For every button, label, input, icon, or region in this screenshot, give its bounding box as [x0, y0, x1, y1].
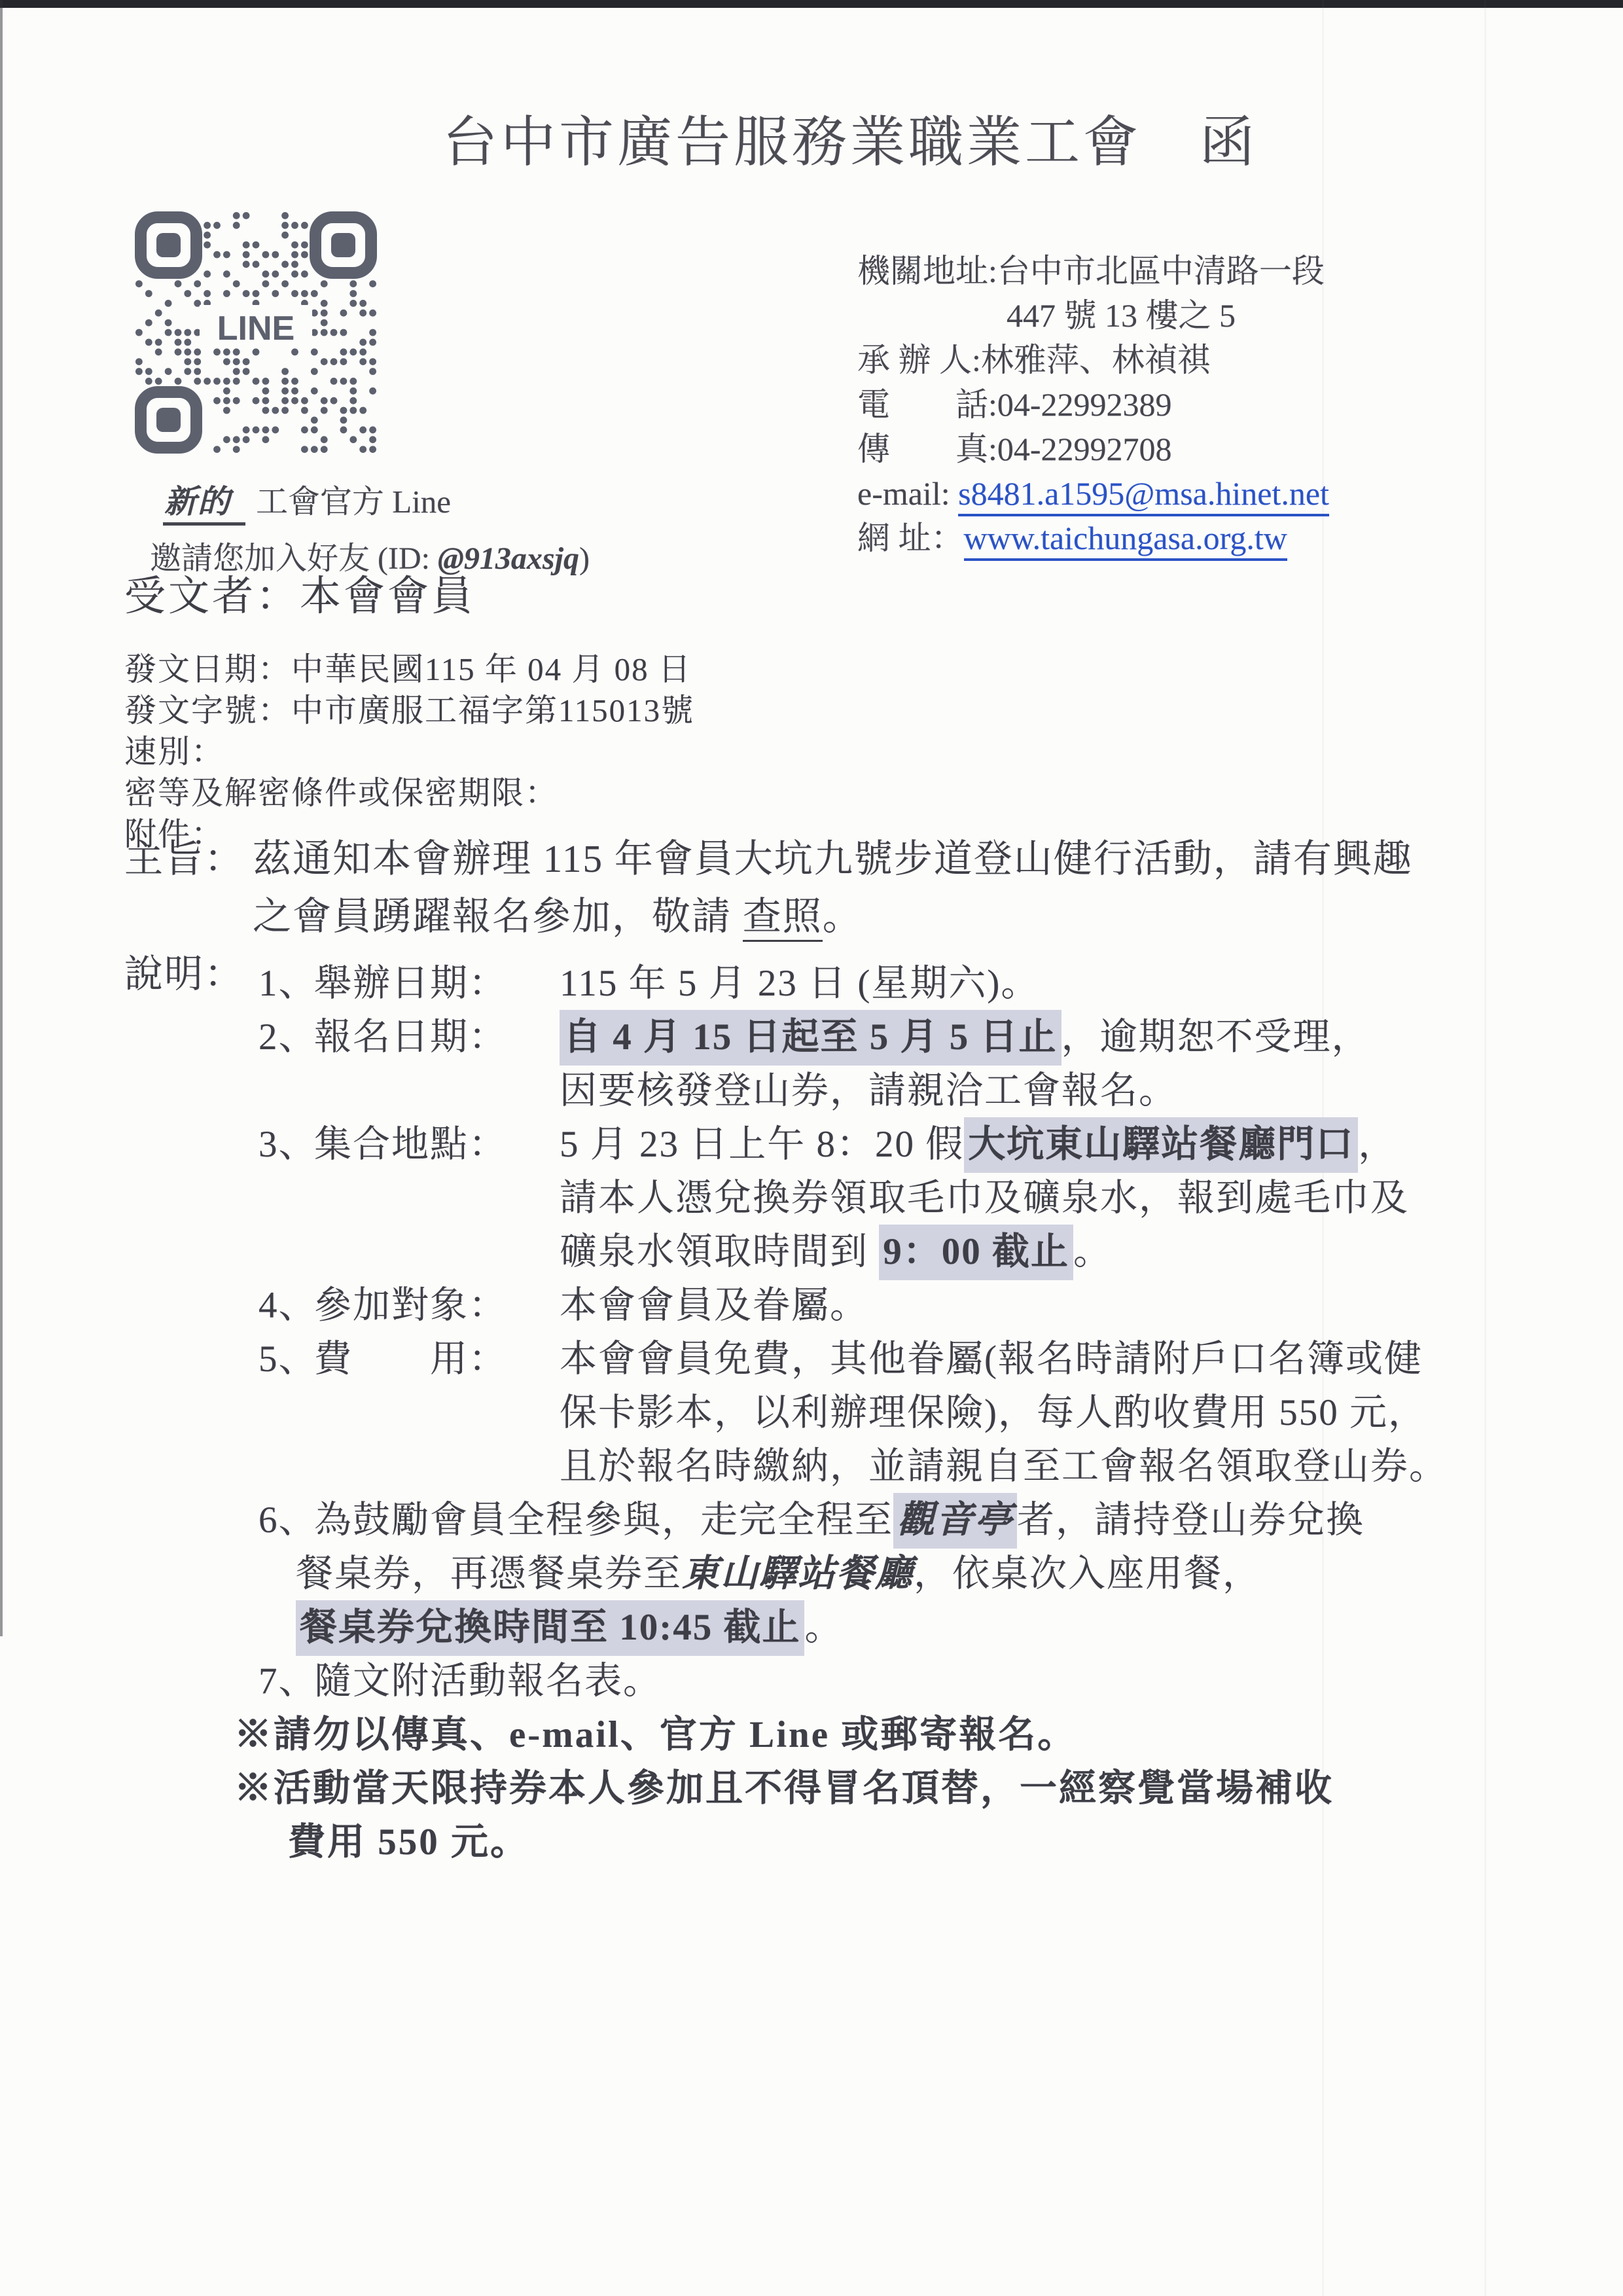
doc-number-line: 發文字號：中市廣服工福字第115013號	[124, 690, 694, 731]
note1-text: ※請勿以傳真、e-mail、官方 Line 或郵寄報名。	[234, 1714, 1077, 1755]
item6-number: 6、	[259, 1494, 314, 1547]
item3-highlight: 大坑東山驛站餐廳門口	[964, 1117, 1358, 1173]
item4-text: 本會會員及眷屬。	[560, 1285, 868, 1326]
contact-fax-row: 傳 真:04-22992708	[857, 427, 1329, 471]
item4-label: 參加對象：	[314, 1279, 560, 1333]
fax-value: 04-22992708	[997, 431, 1172, 467]
list-item-6-cont2: 餐桌券兌換時間至 10:45 截止。	[0, 1601, 1623, 1655]
item6-text-line2: 餐桌券，再憑餐桌券至	[296, 1553, 682, 1594]
item6-highlight-guanyin: 觀音亭	[893, 1493, 1017, 1549]
subject-text2: 之會員踴躍報名參加，敬請	[253, 895, 743, 938]
item3-text-line2: 請本人憑兌換券領取毛巾及礦泉水，報到處毛巾及	[560, 1177, 1409, 1219]
qr-caption-new-label: 新的	[163, 484, 245, 526]
item5-number: 5、	[259, 1333, 314, 1386]
item3-label: 集合地點：	[314, 1118, 560, 1172]
note2-text-line2: 費用 550 元。	[288, 1821, 529, 1863]
officer-value: 林雅萍、林禎祺	[981, 342, 1210, 378]
note2-text-line1: ※活動當天限持券本人參加且不得冒名頂替，一經察覺當場補收	[234, 1768, 1334, 1809]
website-label: 網 址：	[857, 520, 964, 556]
phone-label: 電 話:	[857, 386, 997, 423]
issue-date-line: 發文日期：中華民國115 年 04 月 08 日	[124, 649, 694, 690]
fax-label: 傳 真:	[857, 431, 997, 467]
item4-number: 4、	[259, 1279, 314, 1333]
item3-line3-end: 。	[1073, 1231, 1112, 1272]
explanation-list: 1、舉辦日期：115 年 5 月 23 日 (星期六)。 2、報名日期：自 4 …	[0, 957, 1623, 1869]
item7-text: 隨文附活動報名表。	[314, 1660, 662, 1702]
note-1: ※請勿以傳真、e-mail、官方 Line 或郵寄報名。	[0, 1708, 1623, 1762]
contact-address-row: 機關地址:台中市北區中清路一段	[857, 249, 1329, 293]
email-link[interactable]: s8481.a1595@msa.hinet.net	[958, 475, 1329, 516]
item1-number: 1、	[259, 957, 314, 1011]
subject-text2-end: 。	[823, 895, 863, 938]
item7-number: 7、	[259, 1655, 314, 1708]
qr-caption: 新的工會官方 Line	[163, 476, 723, 522]
list-item-1: 1、舉辦日期：115 年 5 月 23 日 (星期六)。	[0, 957, 1623, 1011]
document-title: 台中市廣告服務業職業工會 函	[442, 98, 1258, 177]
contact-officer-row: 承 辦 人:林雅萍、林禎祺	[857, 338, 1329, 382]
item3-text: 5 月 23 日上午 8：20 假	[560, 1124, 964, 1165]
note-2: ※活動當天限持券本人參加且不得冒名頂替，一經察覺當場補收	[0, 1762, 1623, 1816]
recipient-line: 受文者：本會會員	[124, 563, 694, 622]
contact-block: 機關地址:台中市北區中清路一段 447 號 13 樓之 5 承 辦 人:林雅萍、…	[857, 249, 1329, 560]
subject-underlined-term: 查照	[743, 895, 823, 942]
scanned-letter-page: 台中市廣告服務業職業工會 函 LINE 新的工會官方 Line 邀請您加入好友 …	[0, 0, 1623, 2296]
list-item-6-cont: 餐桌券，再憑餐桌券至東山驛站餐廳，依桌次入座用餐，	[0, 1547, 1623, 1601]
item3-deadline-highlight: 9：00 截止	[879, 1225, 1073, 1280]
subject-line2: 之會員踴躍報名參加，敬請 查照。	[124, 888, 1413, 945]
list-item-7: 7、隨文附活動報名表。	[0, 1655, 1623, 1708]
item2-label: 報名日期：	[314, 1011, 560, 1064]
item5-text-line2: 保卡影本，以利辦理保險)，每人酌收費用 550 元，	[560, 1392, 1427, 1433]
contact-phone-row: 電 話:04-22992389	[857, 382, 1329, 427]
contact-address-row2: 447 號 13 樓之 5	[857, 293, 1329, 338]
item5-text-line3: 且於報名時繳納，並請親自至工會報名領取登山券。	[560, 1446, 1448, 1487]
list-item-3-cont2: 礦泉水領取時間到 9：00 截止。	[0, 1225, 1623, 1279]
item6-restaurant-name: 東山驛站餐廳	[682, 1553, 914, 1594]
item2-number: 2、	[259, 1011, 314, 1064]
list-item-5: 5、費 用：本會會員免費，其他眷屬(報名時請附戶口名簿或健	[0, 1333, 1623, 1386]
item2-text-line2: 因要核發登山券，請親洽工會報名。	[560, 1070, 1177, 1111]
list-item-2-cont: 因要核發登山券，請親洽工會報名。	[0, 1064, 1623, 1118]
item2-text: ，逾期恕不受理，	[1061, 1016, 1370, 1058]
speed-line: 速別：	[124, 731, 694, 772]
qr-line-label: LINE	[217, 310, 294, 348]
item3-number: 3、	[259, 1118, 314, 1172]
subject-text1: 茲通知本會辦理 115 年會員大坑九號步道登山健行活動，請有興趣	[253, 837, 1413, 880]
list-item-5-cont: 保卡影本，以利辦理保險)，每人酌收費用 550 元，	[0, 1386, 1623, 1440]
item3-text-end: ，	[1358, 1124, 1397, 1165]
item6-text-end: 者，請持登山券兌換	[1017, 1499, 1364, 1541]
item6-line2-end: ，依桌次入座用餐，	[914, 1553, 1261, 1594]
website-link[interactable]: www.taichungasa.org.tw	[964, 520, 1287, 561]
contact-website-row: 網 址：www.taichungasa.org.tw	[857, 516, 1329, 560]
item5-label: 費 用：	[314, 1333, 560, 1386]
list-item-4: 4、參加對象：本會會員及眷屬。	[0, 1279, 1623, 1333]
list-item-5-cont2: 且於報名時繳納，並請親自至工會報名領取登山券。	[0, 1440, 1623, 1494]
phone-value: 04-22992389	[997, 386, 1172, 423]
item6-deadline-highlight: 餐桌券兌換時間至 10:45 截止	[296, 1600, 804, 1656]
item1-text: 115 年 5 月 23 日 (星期六)。	[560, 963, 1039, 1004]
item2-highlight: 自 4 月 15 日起至 5 月 5 日止	[560, 1010, 1061, 1066]
email-label: e-mail:	[857, 475, 958, 512]
qr-caption-text: 工會官方 Line	[256, 484, 451, 520]
item6-line3-end: 。	[804, 1607, 843, 1648]
contact-email-row: e-mail: s8481.a1595@msa.hinet.net	[857, 471, 1329, 516]
item3-text-line3: 礦泉水領取時間到	[560, 1231, 879, 1272]
address-label: 機關地址:	[857, 253, 997, 289]
note-2-cont: 費用 550 元。	[0, 1816, 1623, 1869]
list-item-3-cont: 請本人憑兌換券領取毛巾及礦泉水，報到處毛巾及	[0, 1172, 1623, 1225]
subject-label: 主旨：	[124, 830, 253, 888]
address-value: 台中市北區中清路一段	[997, 253, 1325, 289]
document-meta-block: 受文者：本會會員 發文日期：中華民國115 年 04 月 08 日 發文字號：中…	[124, 563, 694, 855]
list-item-2: 2、報名日期：自 4 月 15 日起至 5 月 5 日止，逾期恕不受理，	[0, 1011, 1623, 1064]
scanner-top-edge	[0, 0, 1623, 8]
subject-line1: 主旨：茲通知本會辦理 115 年會員大坑九號步道登山健行活動，請有興趣	[124, 830, 1413, 888]
line-qr-block: LINE 新的工會官方 Line 邀請您加入好友 (ID: @913axsjq)	[134, 211, 723, 578]
item6-text: 為鼓勵會員全程參與，走完全程至	[314, 1499, 893, 1541]
officer-label: 承 辦 人:	[857, 342, 981, 378]
list-item-3: 3、集合地點：5 月 23 日上午 8：20 假大坑東山驛站餐廳門口，	[0, 1118, 1623, 1172]
item5-text: 本會會員免費，其他眷屬(報名時請附戶口名簿或健	[560, 1338, 1423, 1380]
security-line: 密等及解密條件或保密期限：	[124, 772, 694, 814]
line-qr-code: LINE	[134, 211, 378, 454]
address-line2: 447 號 13 樓之 5	[1007, 297, 1236, 334]
list-item-6: 6、為鼓勵會員全程參與，走完全程至觀音亭者，請持登山券兌換	[0, 1494, 1623, 1547]
item1-label: 舉辦日期：	[314, 957, 560, 1011]
